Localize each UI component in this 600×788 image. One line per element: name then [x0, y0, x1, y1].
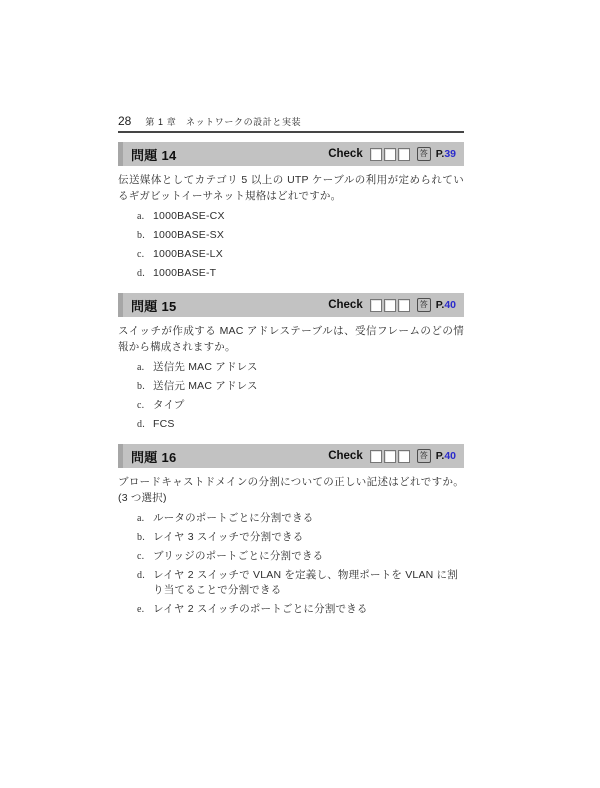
page-content: 28 第 1 章 ネットワークの設計と実装 問題 14 Check 答 P.39… [118, 114, 464, 629]
option-a: a.ルータのポートごとに分割できる [137, 511, 464, 526]
option-letter: a. [137, 360, 153, 375]
option-text: ルータのポートごとに分割できる [153, 511, 464, 526]
option-letter: d. [137, 568, 153, 598]
option-letter: b. [137, 228, 153, 243]
check-area: Check 答 P.40 [328, 449, 456, 463]
chapter-title: 第 1 章 ネットワークの設計と実装 [145, 115, 301, 128]
option-letter: c. [137, 549, 153, 564]
option-text: レイヤ 2 スイッチで VLAN を定義し、物理ポートを VLAN に割り当てる… [153, 568, 464, 598]
question-text: スイッチが作成する MAC アドレステーブルは、受信フレームのどの情報から構成さ… [118, 323, 464, 355]
check-box [398, 450, 410, 463]
option-text: 送信先 MAC アドレス [153, 360, 464, 375]
question-16-header-bar: 問題 16 Check 答 P.40 [118, 444, 464, 468]
option-text: レイヤ 3 スイッチで分割できる [153, 530, 464, 545]
options-list: a.ルータのポートごとに分割できる b.レイヤ 3 スイッチで分割できる c.ブ… [118, 511, 464, 617]
page-ref-number: 39 [444, 148, 456, 160]
question-14: 問題 14 Check 答 P.39 伝送媒体としてカテゴリ 5 以上の UTP… [118, 142, 464, 281]
options-list: a.送信先 MAC アドレス b.送信元 MAC アドレス c.タイプ d.FC… [118, 360, 464, 432]
option-letter: b. [137, 379, 153, 394]
option-e: e.レイヤ 2 スイッチのポートごとに分割できる [137, 602, 464, 617]
option-d: d.1000BASE-T [137, 266, 464, 281]
option-text: レイヤ 2 スイッチのポートごとに分割できる [153, 602, 464, 617]
option-text: 1000BASE-SX [153, 228, 464, 243]
check-box [370, 299, 382, 312]
check-label: Check [328, 299, 363, 311]
option-letter: a. [137, 209, 153, 224]
question-title: 問題 15 [131, 296, 177, 315]
answer-mark-icon: 答 [417, 449, 431, 463]
page-ref-number: 40 [444, 450, 456, 462]
check-box [370, 148, 382, 161]
question-16: 問題 16 Check 答 P.40 ブロードキャストドメインの分割についての正… [118, 444, 464, 617]
option-letter: d. [137, 266, 153, 281]
option-a: a.1000BASE-CX [137, 209, 464, 224]
running-head: 28 第 1 章 ネットワークの設計と実装 [118, 114, 464, 133]
option-text: 1000BASE-T [153, 266, 464, 281]
answer-page-ref: P.39 [436, 148, 456, 160]
check-label: Check [328, 450, 363, 462]
check-box [384, 148, 396, 161]
option-text: タイプ [153, 398, 464, 413]
option-d: d.FCS [137, 417, 464, 432]
option-letter: c. [137, 398, 153, 413]
question-14-header-bar: 問題 14 Check 答 P.39 [118, 142, 464, 166]
check-area: Check 答 P.39 [328, 147, 456, 161]
option-d: d.レイヤ 2 スイッチで VLAN を定義し、物理ポートを VLAN に割り当… [137, 568, 464, 598]
check-box [398, 148, 410, 161]
option-b: b.1000BASE-SX [137, 228, 464, 243]
answer-mark-icon: 答 [417, 298, 431, 312]
question-15: 問題 15 Check 答 P.40 スイッチが作成する MAC アドレステーブ… [118, 293, 464, 432]
page-ref-number: 40 [444, 299, 456, 311]
check-box [384, 299, 396, 312]
option-letter: a. [137, 511, 153, 526]
answer-page-ref: P.40 [436, 450, 456, 462]
option-letter: e. [137, 602, 153, 617]
option-b: b.送信元 MAC アドレス [137, 379, 464, 394]
answer-page-ref: P.40 [436, 299, 456, 311]
check-label: Check [328, 148, 363, 160]
option-b: b.レイヤ 3 スイッチで分割できる [137, 530, 464, 545]
option-letter: b. [137, 530, 153, 545]
check-area: Check 答 P.40 [328, 298, 456, 312]
book-page: 28 第 1 章 ネットワークの設計と実装 問題 14 Check 答 P.39… [0, 0, 600, 788]
option-letter: c. [137, 247, 153, 262]
question-title: 問題 16 [131, 447, 177, 466]
option-text: 1000BASE-LX [153, 247, 464, 262]
page-number: 28 [118, 114, 131, 128]
option-text: FCS [153, 417, 464, 432]
option-text: 1000BASE-CX [153, 209, 464, 224]
option-text: 送信元 MAC アドレス [153, 379, 464, 394]
question-text: ブロードキャストドメインの分割についての正しい記述はどれですか。(3 つ選択) [118, 474, 464, 506]
question-text: 伝送媒体としてカテゴリ 5 以上の UTP ケーブルの利用が定められているギガビ… [118, 172, 464, 204]
option-c: c.ブリッジのポートごとに分割できる [137, 549, 464, 564]
question-15-header-bar: 問題 15 Check 答 P.40 [118, 293, 464, 317]
check-box [384, 450, 396, 463]
question-title: 問題 14 [131, 145, 177, 164]
answer-mark-icon: 答 [417, 147, 431, 161]
option-letter: d. [137, 417, 153, 432]
option-a: a.送信先 MAC アドレス [137, 360, 464, 375]
check-box [370, 450, 382, 463]
option-c: c.タイプ [137, 398, 464, 413]
check-box [398, 299, 410, 312]
options-list: a.1000BASE-CX b.1000BASE-SX c.1000BASE-L… [118, 209, 464, 281]
option-c: c.1000BASE-LX [137, 247, 464, 262]
option-text: ブリッジのポートごとに分割できる [153, 549, 464, 564]
